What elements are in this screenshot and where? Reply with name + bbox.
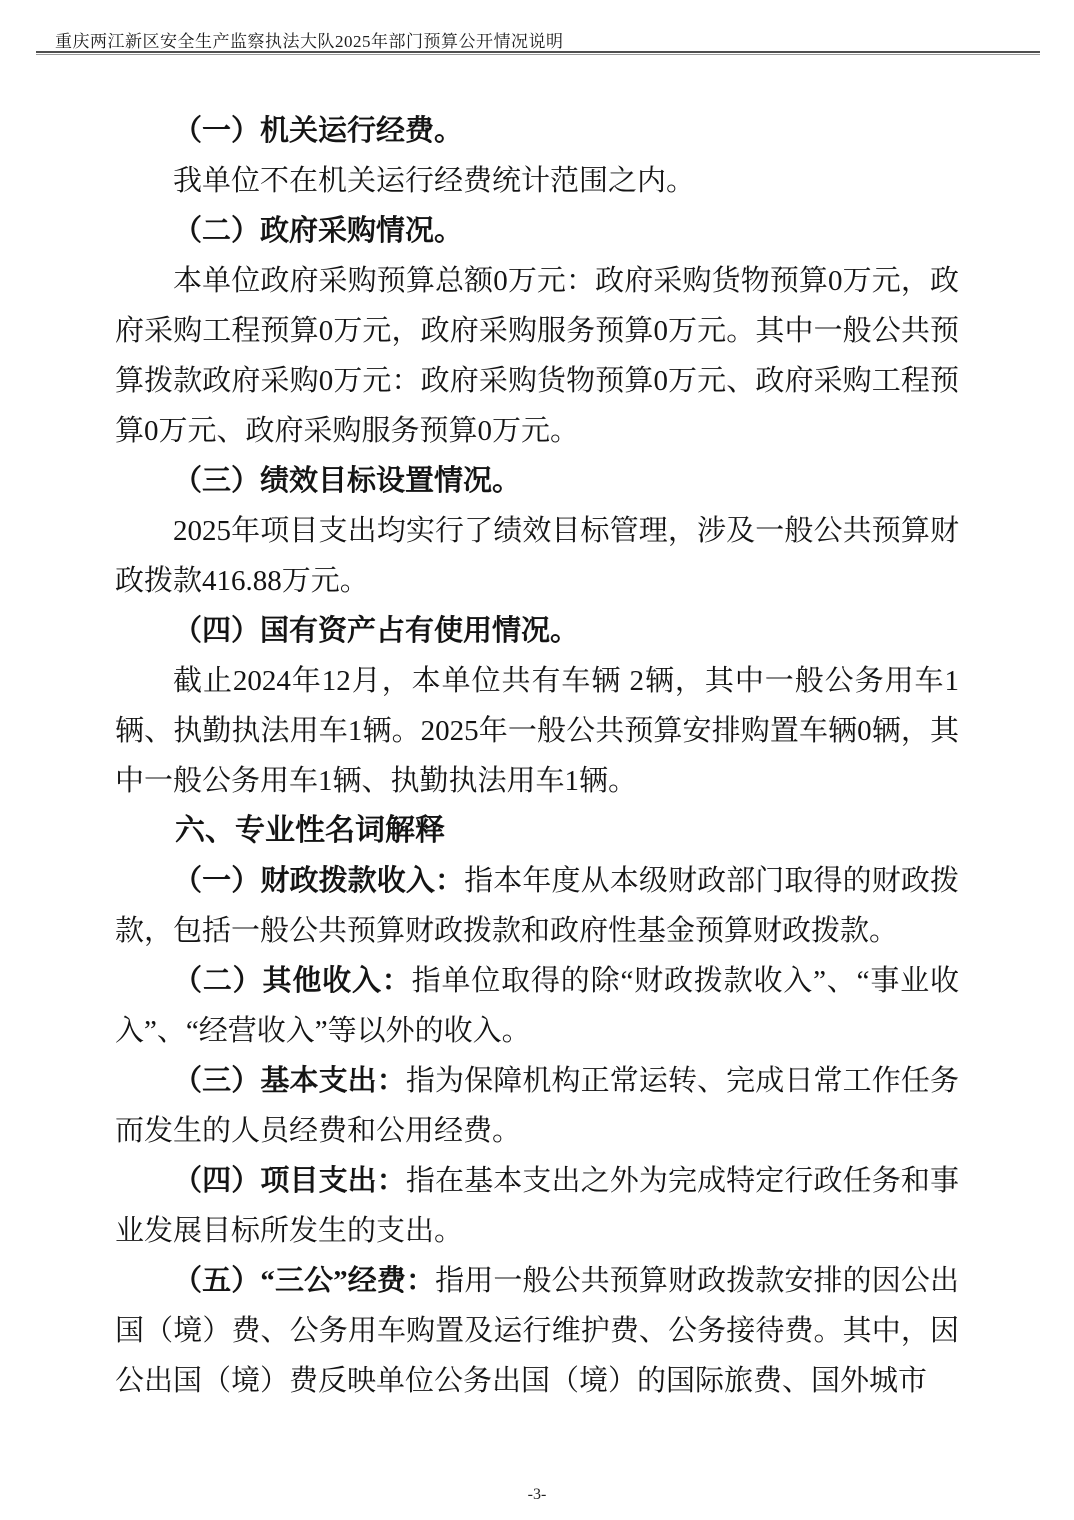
header-rule [36, 51, 1040, 55]
document-page: 重庆两江新区安全生产监察执法大队2025年部门预算公开情况说明 （一）机关运行经… [0, 0, 1074, 1520]
paragraph: 我单位不在机关运行经费统计范围之内。 [115, 156, 959, 206]
bold-text-run: （一）财政拨款收入： [173, 865, 464, 897]
bold-text-run: （一）机关运行经费。 [173, 115, 463, 147]
bold-text-run: （三）基本支出： [173, 1065, 406, 1097]
paragraph: 2025年项目支出均实行了绩效目标管理，涉及一般公共预算财政拨款416.88万元… [115, 506, 959, 606]
document-body: （一）机关运行经费。我单位不在机关运行经费统计范围之内。（二）政府采购情况。本单… [115, 106, 959, 1406]
paragraph: （五）“三公”经费：指用一般公共预算财政拨款安排的因公出国（境）费、公务用车购置… [115, 1256, 959, 1406]
sub-heading: （一）机关运行经费。 [115, 106, 959, 156]
paragraph: （四）项目支出：指在基本支出之外为完成特定行政任务和事业发展目标所发生的支出。 [115, 1156, 959, 1256]
text-run: 本单位政府采购预算总额0万元：政府采购货物预算0万元，政府采购工程预算0万元，政… [115, 265, 959, 447]
text-run: 我单位不在机关运行经费统计范围之内。 [173, 165, 695, 197]
sub-heading: （四）国有资产占有使用情况。 [115, 606, 959, 656]
bold-text-run: （三）绩效目标设置情况。 [173, 465, 521, 497]
bold-text-run: （二）政府采购情况。 [173, 215, 463, 247]
bold-text-run: 六、专业性名词解释 [175, 814, 445, 847]
sub-heading: （三）绩效目标设置情况。 [115, 456, 959, 506]
paragraph: （一）财政拨款收入：指本年度从本级财政部门取得的财政拨款，包括一般公共预算财政拨… [115, 856, 959, 956]
bold-text-run: （四）国有资产占有使用情况。 [173, 615, 579, 647]
sub-heading: （二）政府采购情况。 [115, 206, 959, 256]
paragraph: 截止2024年12月，本单位共有车辆 2辆，其中一般公务用车1辆、执勤执法用车1… [115, 656, 959, 806]
text-run: 截止2024年12月，本单位共有车辆 2辆，其中一般公务用车1辆、执勤执法用车1… [115, 665, 959, 797]
bold-text-run: （五）“三公”经费： [173, 1265, 435, 1297]
paragraph: （二）其他收入：指单位取得的除“财政拨款收入”、“事业收入”、“经营收入”等以外… [115, 956, 959, 1056]
page-number: -3- [0, 1486, 1074, 1504]
paragraph: （三）基本支出：指为保障机构正常运转、完成日常工作任务而发生的人员经费和公用经费… [115, 1056, 959, 1156]
bold-text-run: （二）其他收入： [173, 965, 412, 997]
text-run: 2025年项目支出均实行了绩效目标管理，涉及一般公共预算财政拨款416.88万元… [115, 515, 959, 597]
bold-text-run: （四）项目支出： [173, 1165, 406, 1197]
page-header-title: 重庆两江新区安全生产监察执法大队2025年部门预算公开情况说明 [55, 27, 564, 52]
paragraph: 本单位政府采购预算总额0万元：政府采购货物预算0万元，政府采购工程预算0万元，政… [115, 256, 959, 456]
section-heading: 六、专业性名词解释 [115, 806, 959, 856]
